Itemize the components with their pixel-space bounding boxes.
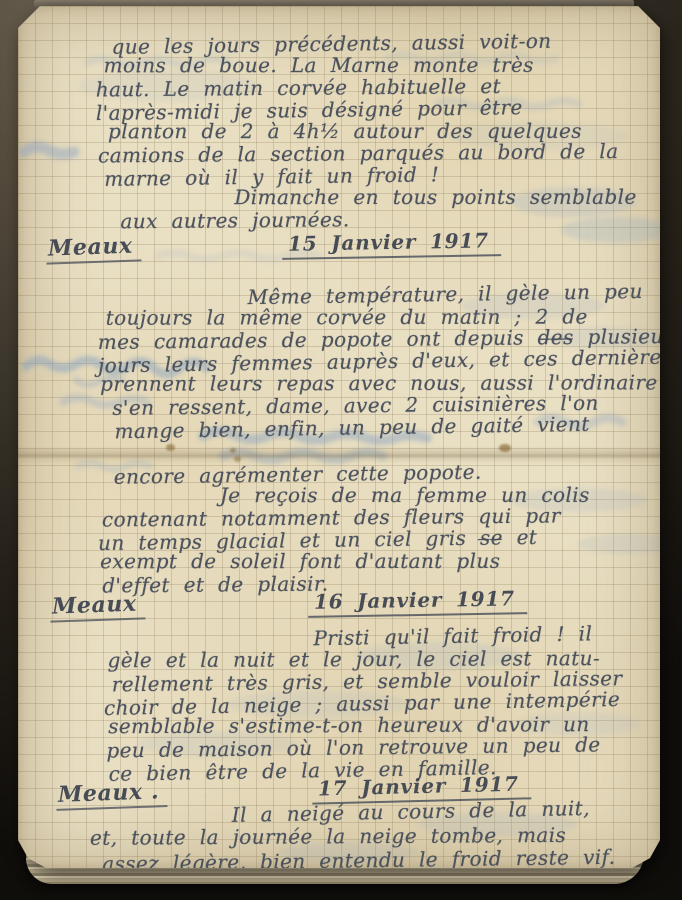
entry-date: 16 Janvier 1917 <box>308 586 527 618</box>
stain-spot <box>234 456 241 462</box>
place-name: Meaux <box>50 590 146 622</box>
scan-background: que les jours précédents, aussi voit-on … <box>0 0 682 900</box>
paragraph-continuation: que les jours précédents, aussi voit-on … <box>95 30 674 231</box>
paragraph-entry1-part1: Même température, il gèle un peu toujour… <box>97 282 674 440</box>
diary-page: que les jours précédents, aussi voit-on … <box>18 6 660 868</box>
diary-page-wrapper: que les jours précédents, aussi voit-on … <box>18 6 660 868</box>
place-name: Meaux <box>46 232 142 264</box>
handwriting-line: Je reçois de ma femme un colis <box>98 484 674 507</box>
stain-spot <box>230 448 236 453</box>
entry-date: 15 Janvier 1917 <box>282 228 501 260</box>
handwriting-line: exempt de soleil font d'autant plus <box>98 550 674 573</box>
handwriting-line: Dimanche en tous points semblable <box>96 186 674 209</box>
paragraph-entry2: Pristi qu'il fait froid ! il gèle et la … <box>101 624 674 783</box>
entry-heading-15-janvier: Meaux 15 Janvier 1917 <box>18 226 660 268</box>
paragraph-entry3: Il a neigé au cours de la nuit, et, tout… <box>90 797 675 875</box>
handwriting-line: moins de boue. La Marne monte très <box>96 54 674 77</box>
paragraph-entry1-part2: encore agrémenter cette popote. Je reçoi… <box>98 460 675 595</box>
stain-spot <box>166 444 175 451</box>
stain-spot <box>499 444 511 452</box>
